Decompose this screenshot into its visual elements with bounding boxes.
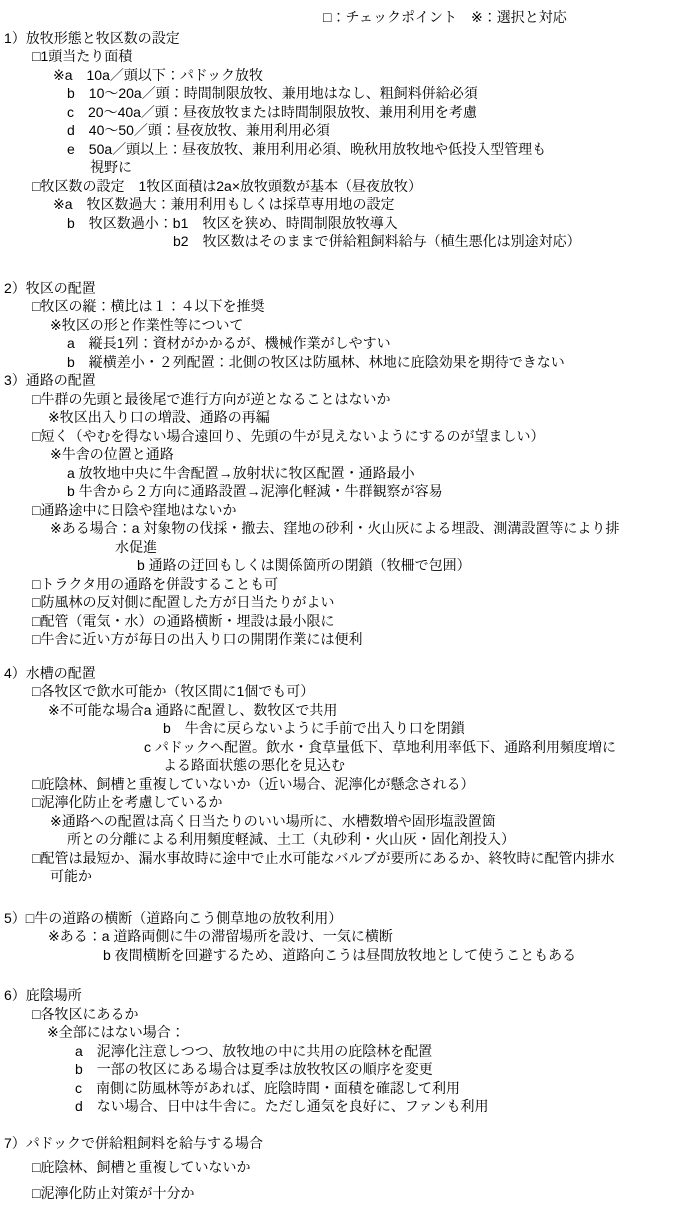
- doc-line: b2 牧区数はそのままで併給粗飼料給与（植生悪化は別途対応）: [0, 232, 679, 251]
- section: 3）通路の配置□牛群の先頭と最後尾で進行方向が逆となることはないか※牧区出入り口…: [0, 371, 679, 649]
- note-line: ※不可能な場合a 通路に配置し、数牧区で共用: [0, 701, 679, 720]
- checklist-item: □配管（電気・水）の通路横断・埋設は最小限に: [0, 612, 679, 631]
- note-line: ※牛舎の位置と通路: [0, 445, 679, 464]
- note-line: ※通路への配置は高く日当たりのいい場所に、水槽数増や固形塩設置箇: [0, 812, 679, 831]
- note-line: ※牧区出入り口の増設、通路の再編: [0, 408, 679, 427]
- note-line: ※a 10a／頭以下：パドック放牧: [0, 66, 679, 85]
- section: 1）放牧形態と牧区数の設定□1頭当たり面積※a 10a／頭以下：パドック放牧b …: [0, 29, 679, 251]
- doc-line: a 縦長1列：資材がかかるが、機械作業がしやすい: [0, 334, 679, 353]
- note-line: ※全部にはない場合：: [0, 1023, 679, 1042]
- section-heading: 5）□牛の道路の横断（道路向こう側草地の放牧利用）: [0, 909, 679, 928]
- checklist-item: □各牧区にあるか: [0, 1005, 679, 1024]
- doc-line: d 40～50／頭：昼夜放牧、兼用利用必須: [0, 121, 679, 140]
- section: 4）水槽の配置□各牧区で飲水可能か（牧区間に1個でも可）※不可能な場合a 通路に…: [0, 664, 679, 886]
- doc-line: 所との分離による利用頻度軽減、土工（丸砂利・火山灰・固化剤投入）: [0, 830, 679, 849]
- section: 2）牧区の配置□牧区の縦：横比は１：４以下を推奨※牧区の形と作業性等についてa …: [0, 279, 679, 372]
- checklist-item: □牛舎に近い方が毎日の出入り口の開閉作業には便利: [0, 630, 679, 649]
- section-heading: 2）牧区の配置: [0, 279, 679, 298]
- checklist-item: □各牧区で飲水可能か（牧区間に1個でも可）: [0, 682, 679, 701]
- doc-line: b 牛舎から２方向に通路設置→泥濘化軽減・牛群観察が容易: [0, 482, 679, 501]
- checklist-item: □1頭当たり面積: [0, 47, 679, 66]
- checklist-document: □：チェックポイント ※：選択と対応 1）放牧形態と牧区数の設定□1頭当たり面積…: [0, 0, 679, 1232]
- checklist-item: □トラクタ用の通路を併設することも可: [0, 575, 679, 594]
- note-line: ※ある場合：a 対象物の伐採・撤去、窪地の砂利・火山灰による埋設、測溝設置等によ…: [0, 519, 679, 538]
- doc-line: c パドックへ配置。飲水・食草量低下、草地利用率低下、通路利用頻度増に: [0, 738, 679, 757]
- note-line: ※a 牧区数過大：兼用利用もしくは採草専用地の設定: [0, 195, 679, 214]
- checklist-item: □泥濘化防止対策が十分か: [0, 1184, 679, 1203]
- doc-line: b 一部の牧区にある場合は夏季は放牧牧区の順序を変更: [0, 1060, 679, 1079]
- doc-line: b 縦横差小・２列配置：北側の牧区は防風林、林地に庇陰効果を期待できない: [0, 353, 679, 372]
- checklist-item: □短く（やむを得ない場合遠回り、先頭の牛が見えないようにするのが望ましい）: [0, 427, 679, 446]
- section: 6）庇陰場所□各牧区にあるか※全部にはない場合：a 泥濘化注意しつつ、放牧地の中…: [0, 986, 679, 1116]
- doc-line: b 牛舎に戻らないように手前で出入り口を閉鎖: [0, 719, 679, 738]
- doc-line: 可能か: [0, 867, 679, 886]
- checklist-item: □牧区の縦：横比は１：４以下を推奨: [0, 297, 679, 316]
- section-heading: 6）庇陰場所: [0, 986, 679, 1005]
- doc-line: b 10～20a／頭：時間制限放牧、兼用地はなし、粗飼料併給必須: [0, 84, 679, 103]
- note-line: ※牧区の形と作業性等について: [0, 316, 679, 335]
- section: 5）□牛の道路の横断（道路向こう側草地の放牧利用）※ある：a 道路両側に牛の滞留…: [0, 909, 679, 965]
- doc-line: b 牧区数過小：b1 牧区を狭め、時間制限放牧導入: [0, 214, 679, 233]
- checklist-item: □牛群の先頭と最後尾で進行方向が逆となることはないか: [0, 390, 679, 409]
- doc-line: a 泥濘化注意しつつ、放牧地の中に共用の庇陰林を配置: [0, 1042, 679, 1061]
- checklist-item: □庇陰林、飼槽と重複していないか: [0, 1158, 679, 1177]
- doc-line: 視野に: [0, 158, 679, 177]
- sections-container: 1）放牧形態と牧区数の設定□1頭当たり面積※a 10a／頭以下：パドック放牧b …: [0, 29, 679, 1203]
- checklist-item: □庇陰林、飼槽と重複していないか（近い場合、泥濘化が懸念される）: [0, 775, 679, 794]
- note-line: ※ある：a 道路両側に牛の滞留場所を設け、一気に横断: [0, 927, 679, 946]
- doc-line: よる路面状態の悪化を見込む: [0, 756, 679, 775]
- doc-line: 水促進: [0, 538, 679, 557]
- section-heading: 4）水槽の配置: [0, 664, 679, 683]
- doc-line: c 20～40a／頭：昼夜放牧または時間制限放牧、兼用利用を考慮: [0, 103, 679, 122]
- document-page: { "colors": { "background": "#ffffff", "…: [0, 0, 679, 1232]
- section-heading: 7）パドックで併給粗飼料を給与する場合: [0, 1134, 679, 1153]
- checklist-item: □防風林の反対側に配置した方が日当たりがよい: [0, 593, 679, 612]
- checklist-item: □牧区数の設定 1牧区面積は2a×放牧頭数が基本（昼夜放牧）: [0, 177, 679, 196]
- doc-line: c 南側に防風林等があれば、庇陰時間・面積を確認して利用: [0, 1079, 679, 1098]
- doc-line: e 50a／頭以上：昼夜放牧、兼用利用必須、晩秋用放牧地や低投入型管理も: [0, 140, 679, 159]
- legend: □：チェックポイント ※：選択と対応: [0, 8, 679, 27]
- section-heading: 1）放牧形態と牧区数の設定: [0, 29, 679, 48]
- doc-line: b 通路の迂回もしくは関係箇所の閉鎖（牧柵で包囲）: [0, 556, 679, 575]
- checklist-item: □配管は最短か、漏水事故時に途中で止水可能なバルブが要所にあるか、終牧時に配管内…: [0, 849, 679, 868]
- doc-line: b 夜間横断を回避するため、道路向こうは昼間放牧地として使うこともある: [0, 946, 679, 965]
- checklist-item: □泥濘化防止を考慮しているか: [0, 793, 679, 812]
- doc-line: a 放牧地中央に牛舎配置→放射状に牧区配置・通路最小: [0, 464, 679, 483]
- section-heading: 3）通路の配置: [0, 371, 679, 390]
- checklist-item: □通路途中に日陰や窪地はないか: [0, 501, 679, 520]
- section: 7）パドックで併給粗飼料を給与する場合□庇陰林、飼槽と重複していないか□泥濘化防…: [0, 1134, 679, 1203]
- doc-line: d ない場合、日中は牛舎に。ただし通気を良好に、ファンも利用: [0, 1097, 679, 1116]
